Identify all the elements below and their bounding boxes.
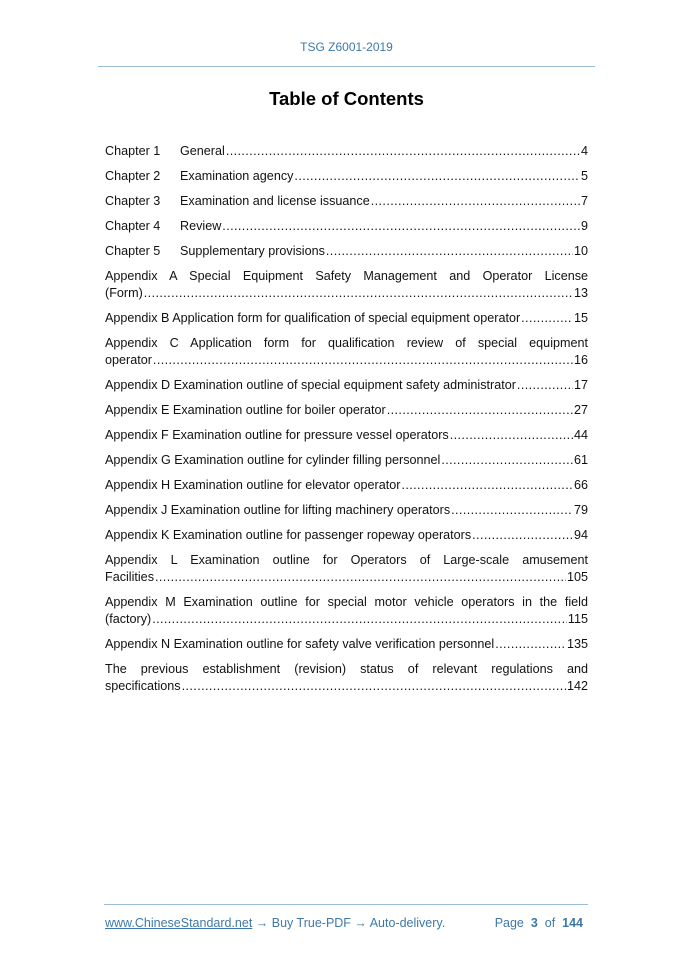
toc-entry-appendix[interactable]: Appendix N Examination outline for safet… (105, 636, 588, 653)
leader-dots (222, 218, 580, 235)
toc-entry-chapter[interactable]: Chapter 2Examination agency5 (105, 168, 588, 185)
page-number: 15 (574, 310, 588, 327)
entry-title: specifications (105, 678, 181, 695)
page-number: 16 (574, 352, 588, 369)
page-number: 7 (581, 193, 588, 210)
leader-dots (517, 377, 573, 394)
entry-title-line1: The previous establishment (revision) st… (105, 661, 588, 678)
leader-dots (451, 502, 573, 519)
entry-title: (Form) (105, 285, 143, 302)
header-divider (98, 66, 595, 67)
toc-entry-appendix[interactable]: Appendix C Application form for qualific… (105, 335, 588, 369)
entry-title: Appendix D Examination outline of specia… (105, 377, 516, 394)
toc-entry-appendix[interactable]: Appendix L Examination outline for Opera… (105, 552, 588, 586)
leader-dots (521, 310, 573, 327)
leader-dots (371, 193, 580, 210)
leader-dots (144, 285, 573, 302)
footer-tagline: → Buy True-PDF → Auto-delivery. (252, 916, 445, 930)
toc-entry-chapter[interactable]: Chapter 4Review9 (105, 218, 588, 235)
leader-dots (153, 352, 573, 369)
chapter-number: Chapter 5 (105, 243, 180, 260)
page-number: 44 (574, 427, 588, 444)
chapter-number: Chapter 4 (105, 218, 180, 235)
toc-entry-appendix[interactable]: Appendix B Application form for qualific… (105, 310, 588, 327)
leader-dots (182, 678, 566, 695)
table-of-contents: Chapter 1General4Chapter 2Examination ag… (105, 143, 588, 703)
page-number: 4 (581, 143, 588, 160)
chapter-title: Examination and license issuance (180, 194, 370, 208)
entry-title: (factory) (105, 611, 151, 628)
leader-dots (495, 636, 566, 653)
toc-entry-appendix[interactable]: Appendix H Examination outline for eleva… (105, 477, 588, 494)
website-link[interactable]: www.ChineseStandard.net (105, 916, 252, 930)
page-number: 13 (574, 285, 588, 302)
entry-title-line1: Appendix L Examination outline for Opera… (105, 552, 588, 569)
page-number: 5 (581, 168, 588, 185)
leader-dots (387, 402, 573, 419)
chapter-title: Examination agency (180, 169, 293, 183)
page-number: 10 (574, 243, 588, 260)
leader-dots (226, 143, 580, 160)
toc-entry-appendix[interactable]: Appendix F Examination outline for press… (105, 427, 588, 444)
chapter-number: Chapter 2 (105, 168, 180, 185)
chapter-title: General (180, 144, 225, 158)
page-title: Table of Contents (0, 88, 693, 110)
page-number: 142 (567, 678, 588, 695)
entry-title: Appendix K Examination outline for passe… (105, 527, 471, 544)
entry-title: Appendix H Examination outline for eleva… (105, 477, 400, 494)
toc-entry-chapter[interactable]: Chapter 3Examination and license issuanc… (105, 193, 588, 210)
toc-entry-appendix[interactable]: Appendix J Examination outline for lifti… (105, 502, 588, 519)
page-number: 79 (574, 502, 588, 519)
chapter-title: Review (180, 219, 221, 233)
toc-entry-appendix[interactable]: Appendix M Examination outline for speci… (105, 594, 588, 628)
toc-entry-appendix[interactable]: Appendix D Examination outline of specia… (105, 377, 588, 394)
entry-title: Appendix G Examination outline for cylin… (105, 452, 440, 469)
entry-title-line1: Appendix C Application form for qualific… (105, 335, 588, 352)
toc-entry-chapter[interactable]: Chapter 5Supplementary provisions10 (105, 243, 588, 260)
entry-title: Appendix J Examination outline for lifti… (105, 502, 450, 519)
entry-title: Facilities (105, 569, 154, 586)
leader-dots (441, 452, 573, 469)
toc-entry-appendix[interactable]: Appendix G Examination outline for cylin… (105, 452, 588, 469)
toc-entry-appendix[interactable]: The previous establishment (revision) st… (105, 661, 588, 695)
entry-title-line1: Appendix A Special Equipment Safety Mana… (105, 268, 588, 285)
entry-title: Appendix B Application form for qualific… (105, 310, 520, 327)
current-page: 3 (531, 916, 538, 930)
toc-entry-chapter[interactable]: Chapter 1General4 (105, 143, 588, 160)
page-number: 94 (574, 527, 588, 544)
page-number: 105 (567, 569, 588, 586)
page-number: 66 (574, 477, 588, 494)
footer-divider (104, 904, 588, 905)
page-number: 135 (567, 636, 588, 653)
toc-entry-appendix[interactable]: Appendix A Special Equipment Safety Mana… (105, 268, 588, 302)
entry-title: Appendix F Examination outline for press… (105, 427, 449, 444)
leader-dots (152, 611, 567, 628)
footer: www.ChineseStandard.net → Buy True-PDF →… (105, 916, 583, 930)
page-number: 17 (574, 377, 588, 394)
toc-entry-appendix[interactable]: Appendix K Examination outline for passe… (105, 527, 588, 544)
page-number: 27 (574, 402, 588, 419)
leader-dots (294, 168, 580, 185)
leader-dots (401, 477, 573, 494)
total-pages: 144 (562, 916, 583, 930)
leader-dots (326, 243, 573, 260)
page-number: 9 (581, 218, 588, 235)
leader-dots (450, 427, 573, 444)
page-indicator: Page 3 of 144 (495, 916, 583, 930)
leader-dots (472, 527, 573, 544)
entry-title: Appendix N Examination outline for safet… (105, 636, 494, 653)
page-number: 61 (574, 452, 588, 469)
entry-title: Appendix E Examination outline for boile… (105, 402, 386, 419)
document-code: TSG Z6001-2019 (0, 40, 693, 54)
entry-title: operator (105, 352, 152, 369)
page-number: 115 (568, 611, 588, 628)
leader-dots (155, 569, 566, 586)
chapter-number: Chapter 3 (105, 193, 180, 210)
chapter-title: Supplementary provisions (180, 244, 325, 258)
entry-title-line1: Appendix M Examination outline for speci… (105, 594, 588, 611)
chapter-number: Chapter 1 (105, 143, 180, 160)
toc-entry-appendix[interactable]: Appendix E Examination outline for boile… (105, 402, 588, 419)
